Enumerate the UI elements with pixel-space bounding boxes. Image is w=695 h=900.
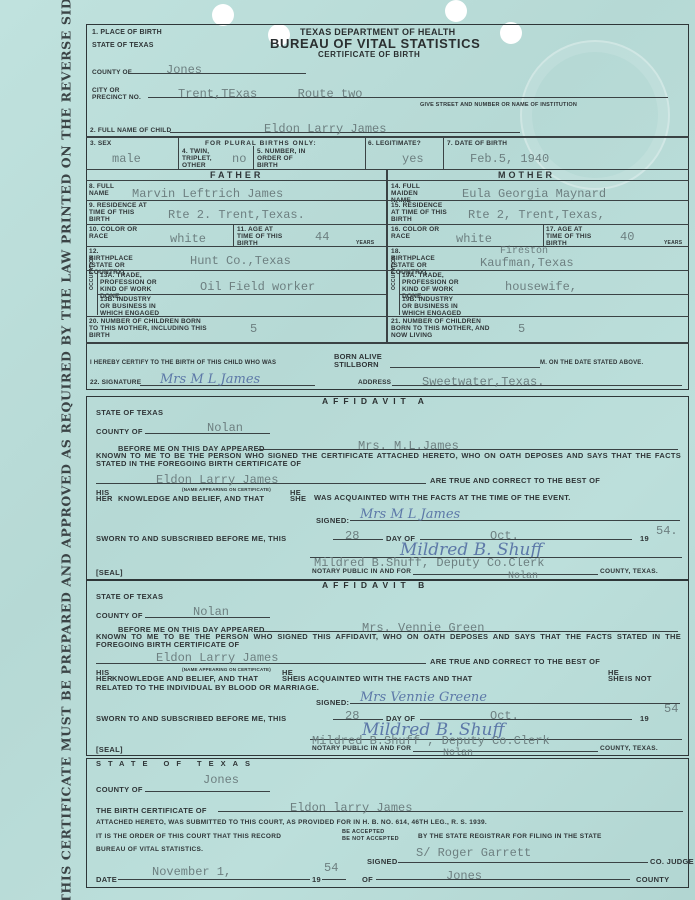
affidavit-b-seal: [SEAL] <box>96 745 123 754</box>
father-color-label: 10. COLOR OR RACE <box>89 226 139 240</box>
punch-hole <box>445 0 467 22</box>
affidavit-b-year-value: 54 <box>664 702 678 716</box>
mother-birthplace-value: Kaufman,Texas <box>480 256 574 270</box>
divider <box>86 342 689 344</box>
affidavit-a-body: KNOWN TO ME TO BE THE PERSON WHO SIGNED … <box>96 452 681 468</box>
born-alive-option: BORN ALIVE <box>334 353 382 360</box>
court-county-label-2: COUNTY <box>636 875 669 884</box>
be-accepted-option: BE ACCEPTED <box>342 829 385 835</box>
father-residence-value: Rte 2. Trent,Texas. <box>168 208 305 222</box>
court-cert-line: Eldon larry James <box>218 798 683 812</box>
address-label: ADDRESS <box>358 379 391 386</box>
affidavit-b-his-her: HIS HER <box>96 670 110 682</box>
affidavit-a-signed-line: Mrs M L James <box>350 505 680 521</box>
address-line: Sweetwater,Texas. <box>392 372 682 386</box>
court-date-label: DATE <box>96 875 117 884</box>
mother-residence-value: Rte 2, Trent,Texas, <box>468 208 605 222</box>
sex-value: male <box>112 152 141 166</box>
affidavit-a-county-label: COUNTY OF <box>96 427 143 436</box>
street-value: Route two <box>298 87 363 101</box>
court-date-line: November 1, <box>118 862 310 880</box>
side-notice: THIS CERTIFICATE MUST BE PREPARED AND AP… <box>56 30 76 860</box>
stillborn-option: STILLBORN <box>334 361 379 368</box>
city-value: Trent,TExas <box>178 87 257 101</box>
signature-line: Mrs M L James <box>140 370 315 386</box>
certify-after-text: M. ON THE DATE STATED ABOVE. <box>540 360 643 367</box>
court-registrar-text: BY THE STATE REGISTRAR FOR FILING IN THE… <box>418 833 602 840</box>
punch-hole <box>212 4 234 26</box>
legitimate-label: 6. LEGITIMATE? <box>368 140 421 147</box>
court-signed-label: SIGNED <box>367 857 398 866</box>
court-state: STATE OF TEXAS <box>96 759 257 768</box>
children-living-label: 21. NUMBER OF CHILDREN BORN TO THIS MOTH… <box>391 318 491 339</box>
affidavit-a-notary-label: NOTARY PUBLIC IN AND FOR <box>312 568 411 575</box>
plural-births-header: FOR PLURAL BIRTHS ONLY: <box>205 140 317 147</box>
affidavit-b-body: KNOWN TO ME TO BE THE PERSON WHO SIGNED … <box>96 633 681 649</box>
court-signed-line: S/ Roger Garrett <box>398 843 648 863</box>
child-name-label: 2. FULL NAME OF CHILD <box>90 127 171 134</box>
mother-color-label: 16. COLOR OR RACE <box>391 226 441 240</box>
divider <box>233 224 234 246</box>
affidavit-b-month-line: Oct. <box>420 706 632 720</box>
affidavit-b-appeared-line: Mrs. Vennie Green <box>258 618 678 632</box>
affidavit-b-child-value: Eldon Larry James <box>156 651 278 665</box>
father-name-label: 8. FULL NAME <box>89 183 123 197</box>
sex-label: 3. SEX <box>90 140 111 147</box>
be-not-accepted-option: BE NOT ACCEPTED <box>342 836 399 842</box>
father-age-value: 44 <box>315 230 329 244</box>
child-name-value: Eldon Larry James <box>264 122 386 136</box>
divider <box>543 224 544 246</box>
affidavit-b-state: STATE OF TEXAS <box>96 592 163 601</box>
affidavit-a-child-value: Eldon Larry James <box>156 473 278 487</box>
affidavit-a-appeared-line: Mrs. M.L.James <box>258 436 678 450</box>
court-of-label: OF <box>362 875 373 884</box>
street-hint: GIVE STREET AND NUMBER OR NAME OF INSTIT… <box>420 102 577 109</box>
court-of-value: Jones <box>446 869 482 883</box>
affidavit-a-child-line: Eldon Larry James <box>96 470 426 484</box>
father-occupation-label: Occupation <box>89 255 96 290</box>
county-label: COUNTY OF <box>92 69 132 76</box>
father-birthplace-value: Hunt Co.,Texas <box>190 254 291 268</box>
affidavit-b-he-she-2: HE SHE <box>608 670 622 682</box>
father-industry-label: 13B. INDUSTRY OR BUSINESS IN WHICH ENGAG… <box>100 296 160 317</box>
dob-label: 7. DATE OF BIRTH <box>447 140 507 147</box>
court-order-text: IT IS THE ORDER OF THIS COURT THAT THIS … <box>96 833 281 840</box>
affidavit-a-acquainted: WAS ACQUAINTED WITH THE FACTS AT THE TIM… <box>96 494 681 502</box>
father-name-value: Marvin Leftrich James <box>132 187 283 201</box>
affidavit-b-notary-label: NOTARY PUBLIC IN AND FOR <box>312 745 411 752</box>
court-date-value: November 1, <box>152 865 231 879</box>
affidavit-a-year-value: 54. <box>656 524 678 538</box>
city-line: Trent,TExas Route two <box>148 84 668 98</box>
affidavit-a-true-text: ARE TRUE AND CORRECT TO THE BEST OF <box>430 476 600 485</box>
signature-label: 22. SIGNATURE <box>90 379 141 386</box>
divider <box>86 270 386 271</box>
children-born-value: 5 <box>250 322 257 336</box>
affidavit-b-county-value: Nolan <box>193 605 229 619</box>
affidavit-b-county-line: Nolan <box>145 602 270 618</box>
court-signed-value: S/ Roger Garrett <box>416 846 531 860</box>
affidavit-a-signed-label: SIGNED: <box>316 516 349 525</box>
divider <box>97 294 386 295</box>
affidavit-a-day-line: 28 <box>333 526 383 540</box>
place-of-birth-label: 1. PLACE OF BIRTH <box>92 29 162 36</box>
document-title: CERTIFICATE OF BIRTH <box>318 50 420 59</box>
mother-trade-value: housewife, <box>505 280 577 294</box>
affidavit-b-name-hint: (NAME APPEARING ON CERTIFICATE) <box>182 666 271 673</box>
court-attached-text: ATTACHED HERETO, WAS SUBMITTED TO THIS C… <box>96 819 487 826</box>
affidavit-b-acquainted: IS ACQUAINTED WITH THE FACTS AND THAT <box>298 674 473 683</box>
birth-order-label: 5. NUMBER, IN ORDER OF BIRTH <box>257 148 309 169</box>
father-header: FATHER <box>210 170 263 180</box>
affidavit-b-county-label: COUNTY OF <box>96 611 143 620</box>
affidavit-b-county-texas: COUNTY, TEXAS. <box>600 745 658 752</box>
affidavit-a-county-texas: COUNTY, TEXAS. <box>600 568 658 575</box>
court-county-line: Jones <box>145 770 270 792</box>
court-year-prefix: 19 <box>312 875 321 884</box>
affidavit-b-title: AFFIDAVIT B <box>322 580 429 590</box>
affidavit-b-he-she: HE SHE <box>282 670 296 682</box>
county-value: Jones <box>166 63 202 77</box>
child-name-line: Eldon Larry James <box>170 119 520 133</box>
twin-value: no <box>232 152 246 166</box>
mother-occupation-label: Occupation <box>391 255 398 290</box>
affidavit-b-signed-value: Mrs Vennie Greene <box>360 690 487 705</box>
certify-text: I HEREBY CERTIFY TO THE BIRTH OF THIS CH… <box>90 360 276 367</box>
county-line: Jones <box>128 60 306 74</box>
court-county-label: COUNTY OF <box>96 785 143 794</box>
mother-name-value: Eula Georgia Maynard <box>462 187 606 201</box>
address-value: Sweetwater,Texas. <box>422 375 544 389</box>
mother-color-value: white <box>456 232 492 246</box>
father-residence-label: 9. RESIDENCE AT TIME OF THIS BIRTH <box>89 202 149 223</box>
divider <box>388 200 689 201</box>
divider <box>86 136 689 138</box>
affidavit-b-knowledge: KNOWLEDGE AND BELIEF, AND THAT <box>112 674 258 683</box>
divider <box>443 137 444 169</box>
mother-industry-label: 19B. INDUSTRY OR BUSINESS IN WHICH ENGAG… <box>402 296 462 317</box>
affidavit-b-sworn-label: SWORN TO AND SUBSCRIBED BEFORE ME, THIS <box>96 714 286 723</box>
divider <box>86 224 386 225</box>
divider <box>388 316 689 317</box>
court-year-value: 54 <box>324 861 338 875</box>
legitimate-value: yes <box>402 152 424 166</box>
affidavit-a-county-value: Nolan <box>207 421 243 435</box>
divider <box>86 200 386 201</box>
court-year-line: 54 <box>322 858 346 880</box>
affidavit-a-notary-county-line: Nolan <box>413 567 598 575</box>
divider <box>365 137 366 169</box>
affidavit-b-child-line: Eldon Larry James <box>96 648 426 664</box>
father-trade-value: Oil Field worker <box>200 280 315 294</box>
mother-residence-label: 15. RESIDENCE AT TIME OF THIS BIRTH <box>391 202 451 223</box>
court-cert-value: Eldon larry James <box>290 801 412 815</box>
affidavit-b-day-value: 28 <box>345 709 359 723</box>
affidavit-a-title: AFFIDAVIT A <box>322 396 429 406</box>
court-bureau-text: BUREAU OF VITAL STATISTICS. <box>96 846 203 853</box>
divider <box>399 270 400 315</box>
signature-value: Mrs M L James <box>160 372 260 387</box>
mother-age-label: 17. AGE AT TIME OF THIS BIRTH <box>546 226 596 247</box>
affidavit-a-month-line: Oct. <box>420 526 632 540</box>
affidavit-a-county-line: Nolan <box>145 418 270 434</box>
court-county-value: Jones <box>203 773 239 787</box>
divider <box>178 137 179 169</box>
divider <box>86 246 386 247</box>
court-judge-label: CO. JUDGE <box>650 857 694 866</box>
state-label: STATE OF TEXAS <box>92 42 154 49</box>
bureau-title: BUREAU OF VITAL STATISTICS <box>270 36 480 51</box>
city-label: CITY OR PRECINCT NO. <box>92 87 152 101</box>
time-line <box>390 360 540 368</box>
divider <box>399 294 689 295</box>
mother-header: MOTHER <box>498 170 555 180</box>
affidavit-b-related: RELATED TO THE INDIVIDUAL BY BLOOD OR MA… <box>96 683 319 692</box>
children-living-value: 5 <box>518 322 525 336</box>
divider <box>253 146 254 169</box>
mother-age-value: 40 <box>620 230 634 244</box>
divider <box>388 270 689 271</box>
divider <box>388 224 689 225</box>
dob-value: Feb.5, 1940 <box>470 152 549 166</box>
affidavit-b-day-line: 28 <box>333 706 383 720</box>
twin-label: 4. TWIN, TRIPLET, OTHER <box>182 148 226 169</box>
divider <box>97 270 98 315</box>
father-color-value: white <box>170 232 206 246</box>
affidavit-a-name-hint: (NAME APPEARING ON CERTIFICATE) <box>182 486 271 493</box>
affidavit-b-notary-county-line: Nolan <box>413 744 598 752</box>
children-born-label: 20. NUMBER OF CHILDREN BORN TO THIS MOTH… <box>89 318 209 339</box>
father-age-label: 11. AGE AT TIME OF THIS BIRTH <box>237 226 287 247</box>
affidavit-a-state: STATE OF TEXAS <box>96 408 163 417</box>
affidavit-b-true-text: ARE TRUE AND CORRECT TO THE BEST OF <box>430 657 600 666</box>
court-of-line: Jones <box>376 866 630 880</box>
affidavit-a-sworn-label: SWORN TO AND SUBSCRIBED BEFORE ME, THIS <box>96 534 286 543</box>
affidavit-b-signed-line: Mrs Vennie Greene <box>350 688 680 704</box>
affidavit-b-not-text: IS NOT <box>625 674 652 683</box>
divider <box>86 316 386 317</box>
affidavit-a-seal: [SEAL] <box>96 568 123 577</box>
court-cert-label: THE BIRTH CERTIFICATE OF <box>96 806 207 815</box>
affidavit-a-signed-value: Mrs M L James <box>360 507 460 522</box>
